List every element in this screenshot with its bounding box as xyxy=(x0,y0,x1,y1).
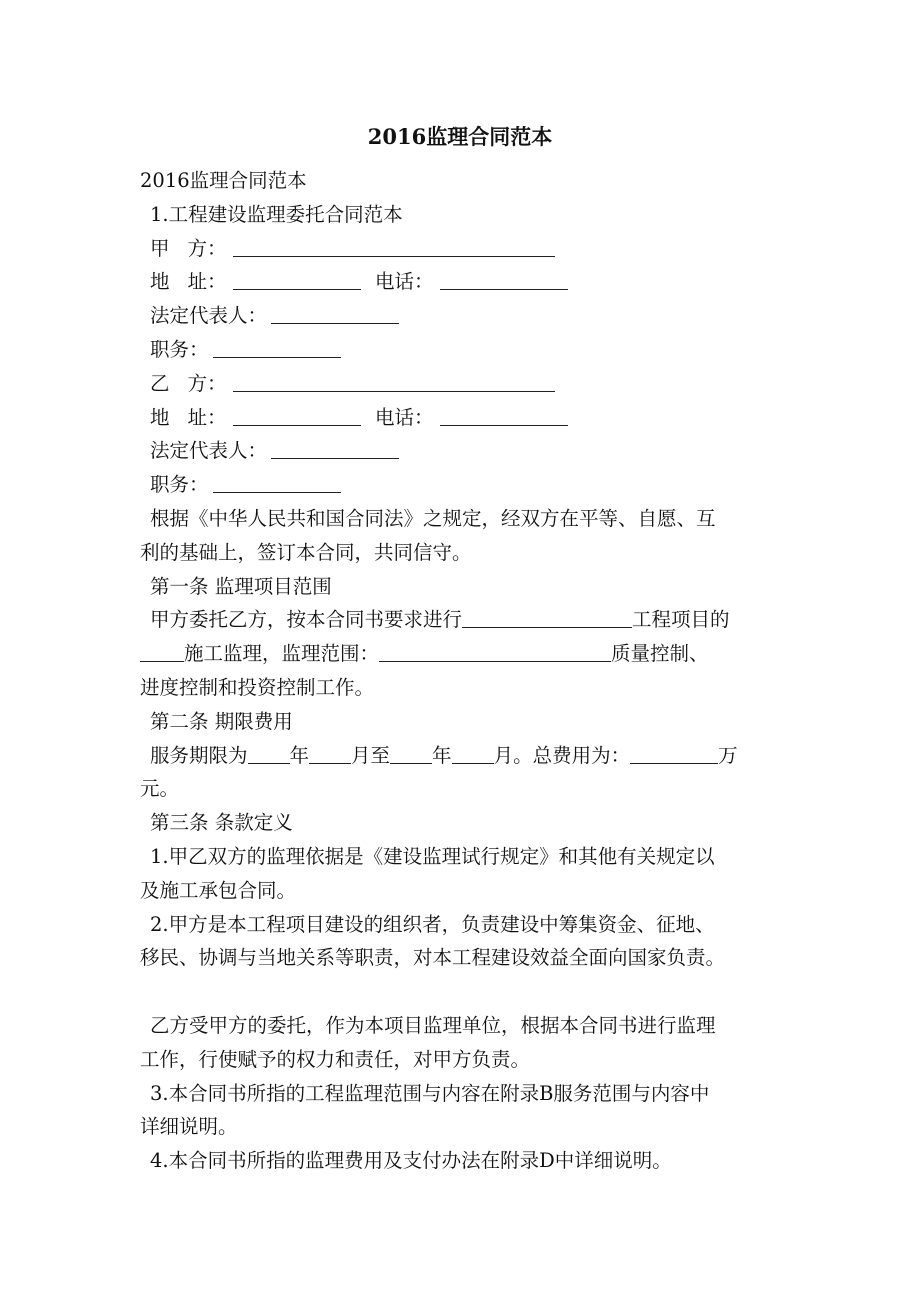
article-2-line-2: 元。 xyxy=(140,772,780,806)
party-a-position-row: 职务： xyxy=(140,333,780,367)
label: 乙 xyxy=(150,372,170,395)
party-a-address-field[interactable] xyxy=(233,269,361,290)
article-3-item-2b-line-2: 工作，行使赋予的权力和责任，对甲方负责。 xyxy=(140,1043,780,1077)
article-3-item-2-line-1: 2.甲方是本工程项目建设的组织者，负责建设中筹集资金、征地、 xyxy=(140,908,780,942)
article-2-line-1: 服务期限为年月至年月。总费用为：万 xyxy=(140,739,780,773)
document-title: 2016监理合同范本 xyxy=(0,120,920,154)
party-b-phone-field[interactable] xyxy=(440,405,568,426)
end-year-field[interactable] xyxy=(390,743,432,764)
party-b-address-row: 地址： 电话： xyxy=(140,401,780,435)
blank-line xyxy=(140,975,780,1009)
article-3-item-3-line-1: 3.本合同书所指的工程监理范围与内容在附录B服务范围与内容中 xyxy=(140,1077,780,1111)
article-3-item-4-line-1: 4.本合同书所指的监理费用及支付办法在附录D中详细说明。 xyxy=(140,1144,780,1178)
label: 地 xyxy=(150,406,170,429)
party-a-phone-field[interactable] xyxy=(440,269,568,290)
start-month-field[interactable] xyxy=(309,743,351,764)
party-b-position-field[interactable] xyxy=(213,472,341,493)
text: 质量控制、 xyxy=(611,642,709,665)
party-b-legal-rep-field[interactable] xyxy=(271,438,399,459)
project-name-field[interactable] xyxy=(462,607,632,628)
article-3-item-1-line-1: 1.甲乙双方的监理依据是《建设监理试行规定》和其他有关规定以 xyxy=(140,840,780,874)
party-b-position-row: 职务： xyxy=(140,468,780,502)
party-a-name-row: 甲方： xyxy=(140,232,780,266)
label: 地 xyxy=(150,270,170,293)
construction-type-field[interactable] xyxy=(140,641,184,662)
article-1-heading: 第一条 监理项目范围 xyxy=(140,570,780,604)
text: 工程项目的 xyxy=(632,608,730,631)
start-year-field[interactable] xyxy=(248,743,290,764)
label: 电话： xyxy=(375,406,434,429)
total-fee-field[interactable] xyxy=(630,743,718,764)
party-b-legal-rep-row: 法定代表人： xyxy=(140,434,780,468)
article-3-item-1-line-2: 及施工承包合同。 xyxy=(140,874,780,908)
article-1-line-3: 进度控制和投资控制工作。 xyxy=(140,671,780,705)
text: 甲方委托乙方，按本合同书要求进行 xyxy=(150,608,462,631)
party-a-legal-rep-row: 法定代表人： xyxy=(140,299,780,333)
party-a-position-field[interactable] xyxy=(213,337,341,358)
supervision-scope-field[interactable] xyxy=(379,641,611,662)
section-heading: 1.工程建设监理委托合同范本 xyxy=(140,198,780,232)
article-1-line-2: 施工监理，监理范围：质量控制、 xyxy=(140,637,780,671)
article-3-item-2b-line-1: 乙方受甲方的委托，作为本项目监理单位，根据本合同书进行监理 xyxy=(140,1009,780,1043)
text: 年 xyxy=(432,744,452,767)
preamble-line-2: 利的基础上，签订本合同，共同信守。 xyxy=(140,536,780,570)
document-body: 2016监理合同范本 1.工程建设监理委托合同范本 甲方： 地址： 电话： 法定… xyxy=(140,164,780,1178)
label: 法定代表人： xyxy=(150,304,267,327)
text: 年 xyxy=(290,744,310,767)
preamble-line-1: 根据《中华人民共和国合同法》之规定，经双方在平等、自愿、互 xyxy=(140,502,780,536)
label: 电话： xyxy=(375,270,434,293)
label: 方： xyxy=(188,237,227,260)
article-2-heading: 第二条 期限费用 xyxy=(140,705,780,739)
label: 法定代表人： xyxy=(150,439,267,462)
article-1-line-1: 甲方委托乙方，按本合同书要求进行工程项目的 xyxy=(140,603,780,637)
label: 职务： xyxy=(150,473,209,496)
label: 方： xyxy=(188,372,227,395)
party-b-name-field[interactable] xyxy=(233,371,555,392)
article-3-item-2-line-2: 移民、协调与当地关系等职责，对本工程建设效益全面向国家负责。 xyxy=(140,941,780,975)
party-a-address-row: 地址： 电话： xyxy=(140,265,780,299)
end-month-field[interactable] xyxy=(452,743,494,764)
text: 万 xyxy=(718,744,738,767)
text: 施工监理，监理范围： xyxy=(184,642,379,665)
party-b-name-row: 乙方： xyxy=(140,367,780,401)
label: 址： xyxy=(188,270,227,293)
text: 月至 xyxy=(351,744,390,767)
label: 职务： xyxy=(150,338,209,361)
party-b-address-field[interactable] xyxy=(233,405,361,426)
text: 服务期限为 xyxy=(150,744,248,767)
label: 甲 xyxy=(150,237,170,260)
subtitle: 2016监理合同范本 xyxy=(140,164,780,198)
article-3-item-3-line-2: 详细说明。 xyxy=(140,1110,780,1144)
party-a-legal-rep-field[interactable] xyxy=(271,303,399,324)
label: 址： xyxy=(188,406,227,429)
party-a-name-field[interactable] xyxy=(233,236,555,257)
text: 月。总费用为： xyxy=(494,744,631,767)
article-3-heading: 第三条 条款定义 xyxy=(140,806,780,840)
